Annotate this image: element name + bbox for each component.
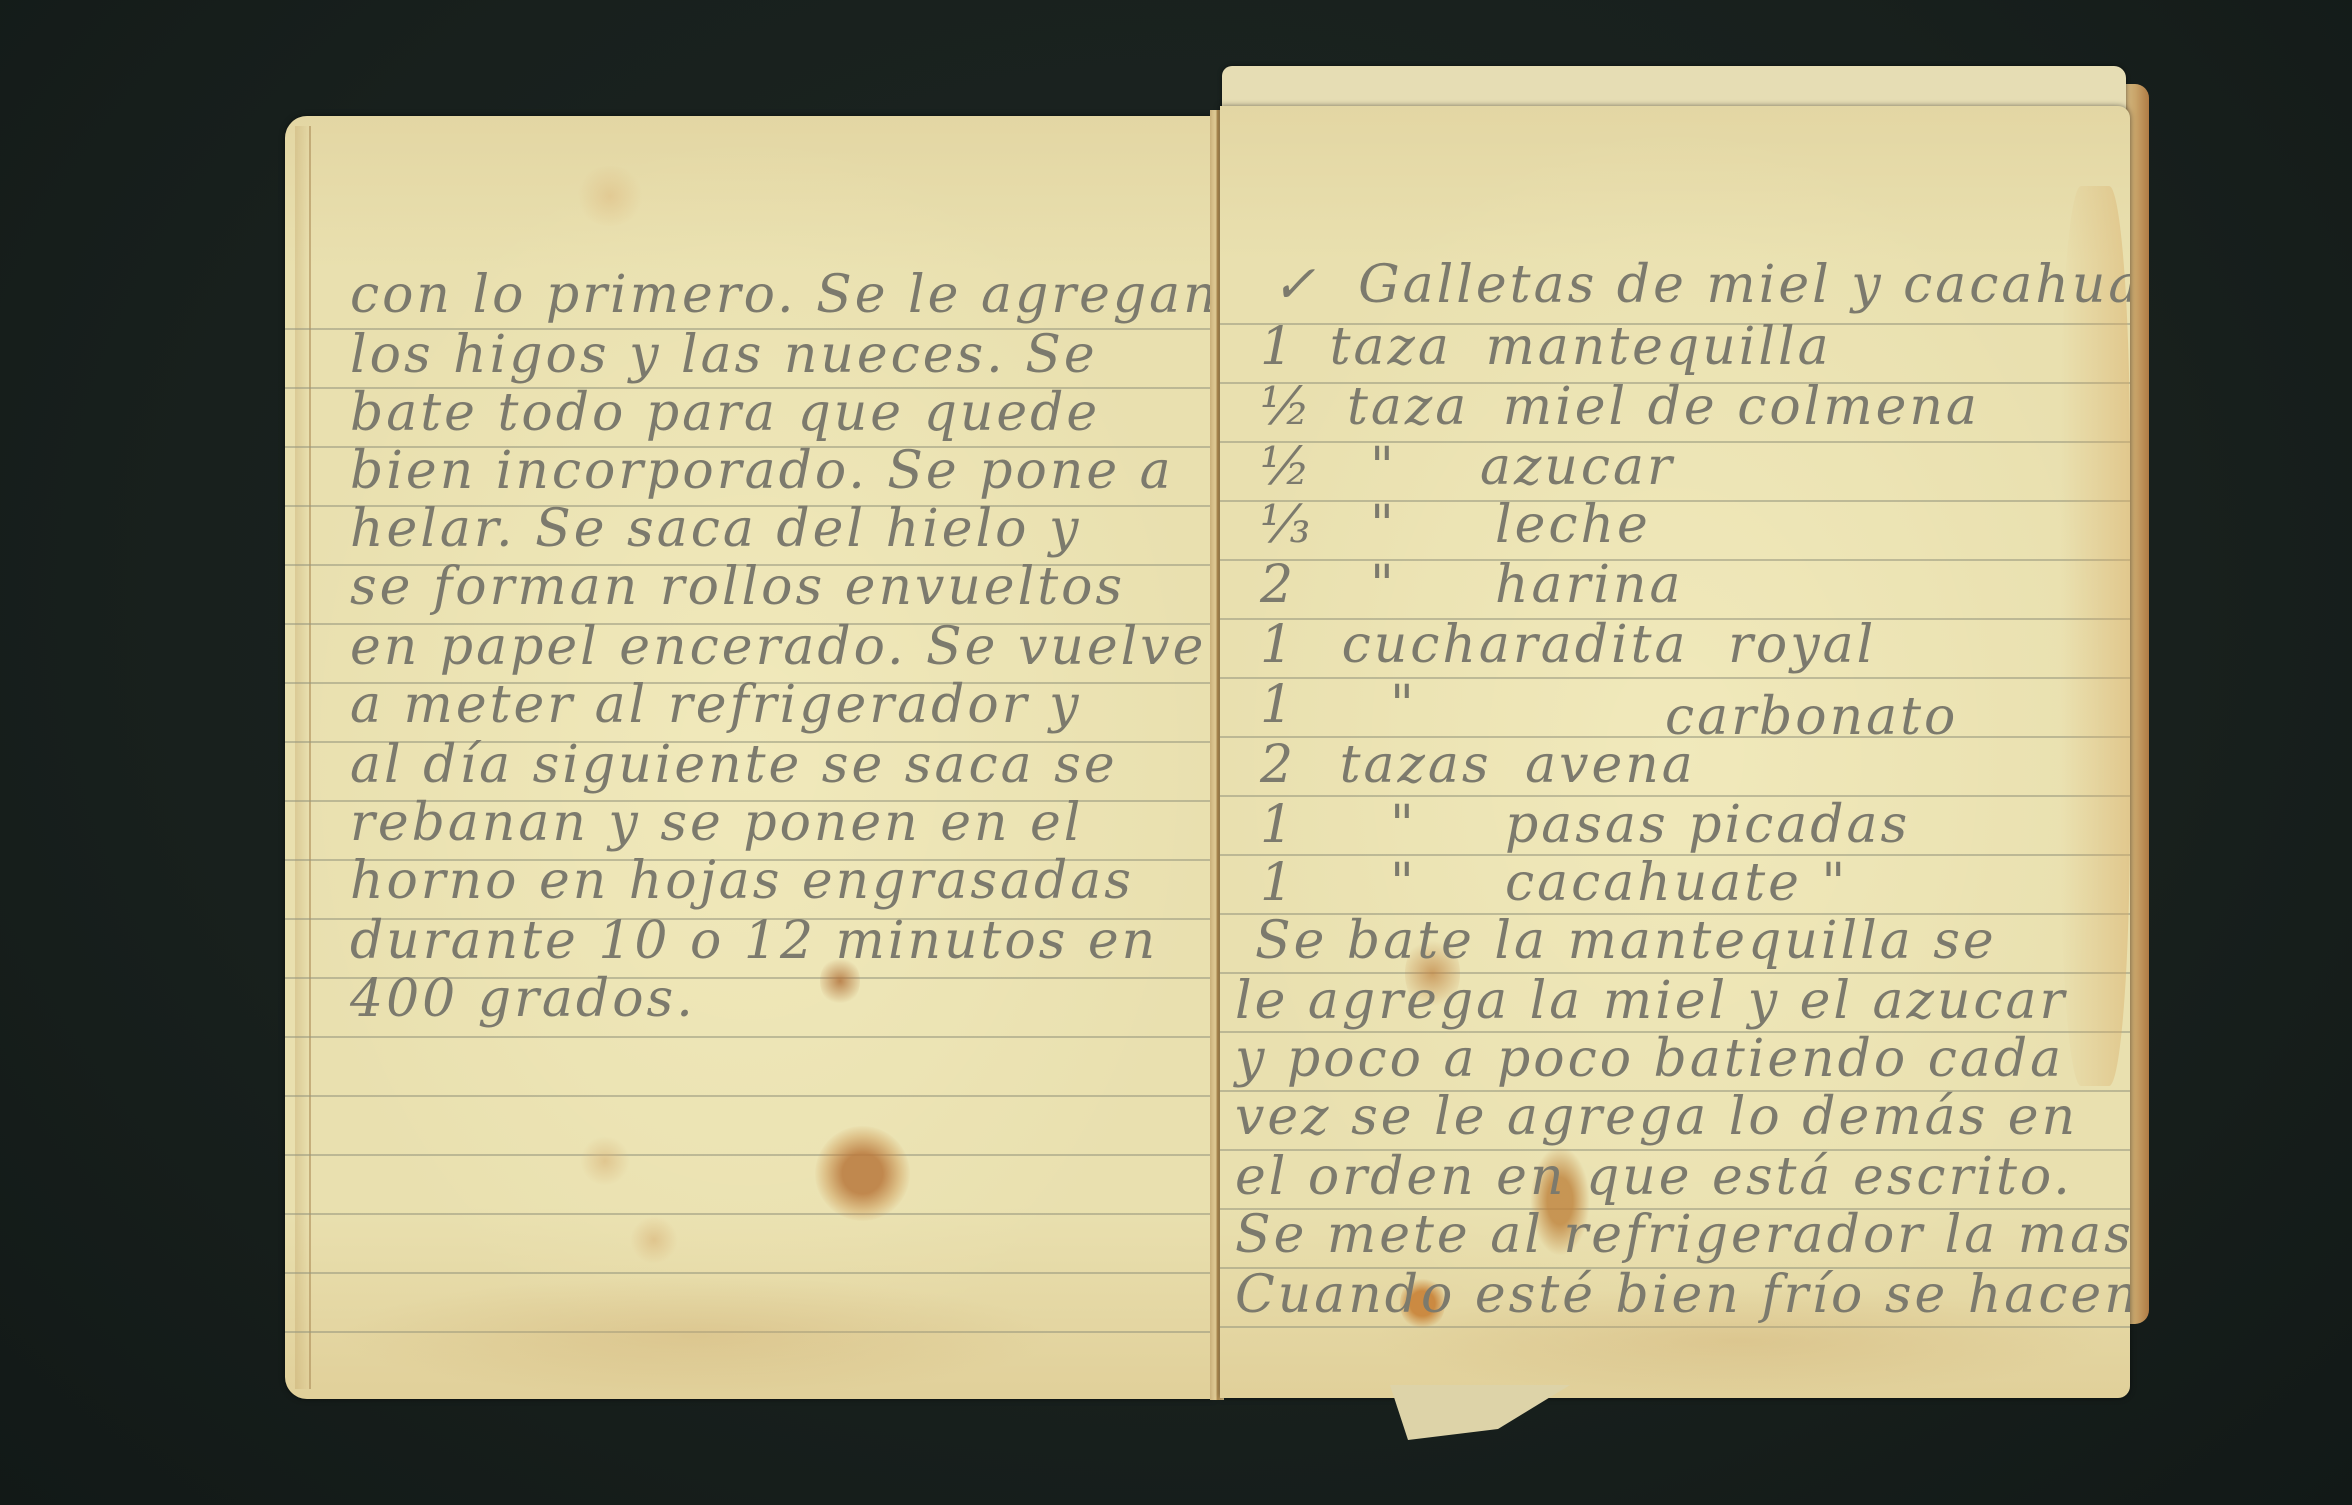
ingredient-item: pasas picadas bbox=[1505, 796, 1910, 854]
ingredient-unit: " bbox=[1370, 496, 1397, 554]
stain bbox=[580, 1136, 630, 1186]
ingredient-unit: " bbox=[1370, 556, 1397, 614]
handwritten-line: 400 grados. bbox=[350, 970, 696, 1028]
handwritten-line: bate todo para que quede bbox=[350, 384, 1100, 442]
edge-discoloration bbox=[2060, 186, 2130, 1086]
instruction-line: el orden en que está escrito. bbox=[1235, 1148, 2073, 1206]
stain bbox=[630, 1216, 678, 1264]
ingredient-row: ½ taza miel de colmena bbox=[1260, 378, 1980, 436]
ingredient-row: 2 tazas avena bbox=[1260, 736, 1696, 794]
ingredient-qty: ½ bbox=[1260, 377, 1313, 437]
ingredient-qty: 1 bbox=[1260, 317, 1296, 377]
ingredient-unit: " bbox=[1390, 796, 1417, 854]
ingredient-qty: 1 bbox=[1260, 795, 1296, 855]
ingredient-item: cacahuate " bbox=[1505, 854, 1848, 912]
ingredient-qty: 1 bbox=[1260, 615, 1296, 675]
instruction-line: Se mete al refrigerador la masa bbox=[1235, 1206, 2130, 1264]
instruction-line: vez se le agrega lo demás en bbox=[1235, 1088, 2078, 1146]
stain bbox=[575, 166, 645, 226]
handwritten-line: en papel encerado. Se vuelve bbox=[350, 618, 1206, 676]
instruction-line: Se bate la mantequilla se bbox=[1255, 912, 1997, 970]
ingredient-qty: 2 bbox=[1260, 555, 1296, 615]
ingredient-unit: taza bbox=[1330, 317, 1452, 377]
ingredient-item: carbonato bbox=[1665, 688, 1958, 746]
ingredient-unit: tazas bbox=[1340, 735, 1492, 795]
ingredient-item: leche bbox=[1495, 496, 1651, 554]
instruction-line: le agrega la miel y el azucar bbox=[1235, 972, 2067, 1030]
handwritten-line: se forman rollos envueltos bbox=[350, 558, 1125, 616]
ingredient-row: 1 " pasas picadas bbox=[1260, 796, 1296, 854]
ingredient-item: miel de colmena bbox=[1503, 377, 1980, 437]
handwritten-line: durante 10 o 12 minutos en bbox=[350, 912, 1158, 970]
ingredient-qty: 2 bbox=[1260, 735, 1296, 795]
right-page: ✓ Galletas de miel y cacahuate 1 taza ma… bbox=[1220, 106, 2130, 1398]
handwritten-line: los higos y las nueces. Se bbox=[350, 326, 1098, 384]
checkmark-icon: ✓ bbox=[1272, 255, 1319, 315]
ingredient-row: ⅓ " leche bbox=[1260, 496, 1313, 554]
ingredient-unit: taza bbox=[1347, 377, 1469, 437]
stain bbox=[815, 1126, 910, 1221]
ingredient-qty: 1 bbox=[1260, 675, 1296, 735]
ingredient-item: mantequilla bbox=[1485, 317, 1831, 377]
instruction-line: Cuando esté bien frío se hacen bbox=[1235, 1266, 2130, 1324]
left-page: con lo primero. Se le agregan los higos … bbox=[285, 116, 1213, 1399]
water-stain bbox=[335, 1276, 1055, 1396]
recipe-title: ✓ Galletas de miel y cacahuate bbox=[1272, 256, 2130, 314]
instruction-line: y poco a poco batiendo cada bbox=[1235, 1030, 2064, 1088]
handwritten-line: bien incorporado. Se pone a bbox=[350, 442, 1174, 500]
ingredient-row: ½ " azucar bbox=[1260, 438, 1313, 496]
ingredient-item: avena bbox=[1525, 735, 1696, 795]
handwritten-line: helar. Se saca del hielo y bbox=[350, 500, 1081, 558]
torn-page-fragment bbox=[1390, 1385, 1570, 1440]
ingredient-qty: ⅓ bbox=[1260, 495, 1313, 555]
ingredient-row: 1 " carbonato bbox=[1260, 676, 1296, 734]
ingredient-unit: cucharadita bbox=[1342, 615, 1689, 675]
handwritten-line: rebanan y se ponen en el bbox=[350, 794, 1083, 852]
ingredient-row: 1 " cacahuate " bbox=[1260, 854, 1296, 912]
ingredient-unit: " bbox=[1390, 676, 1417, 734]
ingredient-item: harina bbox=[1495, 556, 1683, 614]
ingredient-unit: " bbox=[1370, 438, 1397, 496]
notebook-spread: con lo primero. Se le agregan los higos … bbox=[0, 0, 2352, 1505]
ingredient-row: 1 taza mantequilla bbox=[1260, 318, 1832, 376]
ingredient-item: royal bbox=[1728, 615, 1876, 675]
ingredient-qty: ½ bbox=[1260, 437, 1313, 497]
ingredient-row: 1 cucharadita royal bbox=[1260, 616, 1876, 674]
ingredient-qty: 1 bbox=[1260, 853, 1296, 913]
handwritten-line: a meter al refrigerador y bbox=[350, 676, 1081, 734]
handwritten-line: con lo primero. Se le agregan bbox=[350, 266, 1213, 324]
ingredient-row: 2 " harina bbox=[1260, 556, 1296, 614]
recipe-title-text: Galletas de miel y cacahuate bbox=[1358, 255, 2130, 315]
left-page-binding-edge bbox=[295, 126, 311, 1389]
ingredient-unit: " bbox=[1390, 854, 1417, 912]
handwritten-line: al día siguiente se saca se bbox=[350, 736, 1118, 794]
handwritten-line: horno en hojas engrasadas bbox=[350, 852, 1134, 910]
ingredient-item: azucar bbox=[1480, 438, 1675, 496]
